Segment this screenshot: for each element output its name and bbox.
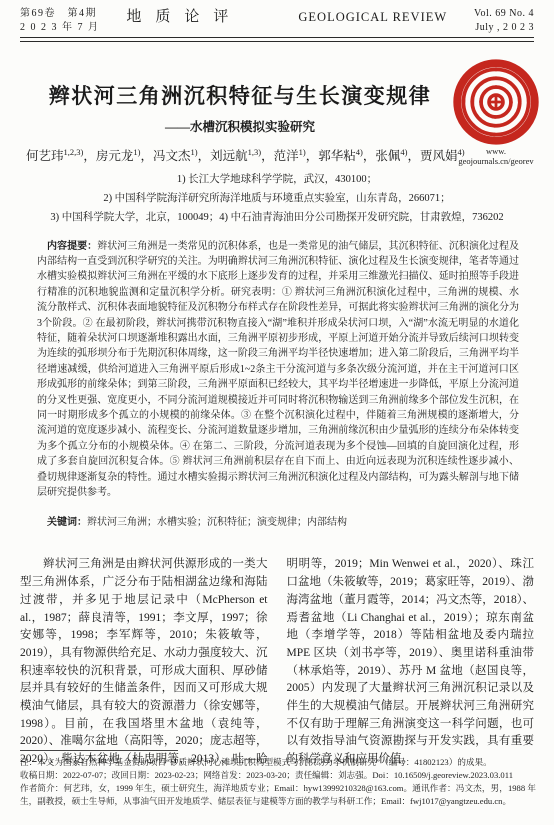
author-affiliation-sup: 1) bbox=[133, 146, 140, 156]
footnote: 注：本文为国家自然科学基金资助项目“砂质辫状河心滩坝沉积构型模式与沉积动力学机制… bbox=[20, 750, 536, 808]
abstract-section: 内容提要：辫状河三角洲是一类常见的沉积体系，也是一类常见的油气储层，其沉积特征、… bbox=[37, 239, 519, 501]
author-name: 何艺玮1,2,3) bbox=[26, 149, 83, 163]
journal-name-en: GEOLOGICAL REVIEW bbox=[298, 11, 447, 25]
left-column: 辫状河三角洲是由辫状河供源形成的一类大型三角洲体系，广泛分布于陆相湖盆边缘和海陆… bbox=[20, 556, 268, 770]
header-left: 第69卷 第4期 2 0 2 3 年 7 月 bbox=[20, 7, 100, 34]
footnote-dates-doi: 收稿日期：2022-07-07；改回日期：2023-02-23；网络首发：202… bbox=[20, 769, 536, 782]
affiliations: 1) 长江大学地球科学学院，武汉，430100； 2) 中国科学院海洋研究所海洋… bbox=[20, 170, 534, 227]
body-paragraph: 辫状河三角洲是由辫状河供源形成的一类大型三角洲体系，广泛分布于陆相湖盆边缘和海陆… bbox=[20, 556, 268, 770]
header-center: 地质论评 GEOLOGICAL REVIEW bbox=[126, 7, 447, 25]
keywords-line: 关键词：辫状河三角洲；水槽实验；沉积特征；演变规律；内部结构 bbox=[37, 513, 519, 528]
author-affiliation-sup: 1,3) bbox=[248, 146, 261, 156]
authors-line: 何艺玮1,2,3)，房元龙1)，冯文杰1)，刘远航1,3)，范洋1)，郭华粘4)… bbox=[26, 146, 454, 164]
paper-page: 第69卷 第4期 2 0 2 3 年 7 月 地质论评 GEOLOGICAL R… bbox=[0, 0, 554, 825]
date-cn: 2 0 2 3 年 7 月 bbox=[20, 21, 100, 35]
author-affiliation-sup: 1) bbox=[299, 146, 306, 156]
body-columns: 辫状河三角洲是由辫状河供源形成的一类大型三角洲体系，广泛分布于陆相湖盆边缘和海陆… bbox=[20, 556, 534, 770]
keywords-text: 辫状河三角洲；水槽实验；沉积特征；演变规律；内部结构 bbox=[87, 517, 347, 528]
journal-seal: www. geojournals.cn/georev bbox=[442, 58, 550, 166]
footnote-funding: 注：本文为国家自然科学基金资助项目“砂质辫状河心滩坝沉积构型模式与沉积动力学机制… bbox=[20, 756, 536, 769]
author-name: 郭华粘4) bbox=[318, 149, 363, 163]
seal-url-domain: geojournals.cn/georev bbox=[442, 157, 550, 167]
header-rule bbox=[20, 37, 534, 42]
author-affiliation-sup: 4) bbox=[356, 146, 363, 156]
author-name: 范洋1) bbox=[274, 149, 306, 163]
author-name: 房元龙1) bbox=[96, 149, 141, 163]
seal-url: www. geojournals.cn/georev bbox=[442, 147, 550, 166]
author-affiliation-sup: 1) bbox=[191, 146, 198, 156]
volume-issue-cn: 第69卷 第4期 bbox=[20, 7, 100, 21]
author-name: 张佩4) bbox=[375, 149, 407, 163]
volume-issue-en: Vol. 69 No. 4 bbox=[474, 7, 534, 21]
journal-name-cn: 地质论评 bbox=[126, 11, 242, 25]
article-title: 辫状河三角洲沉积特征与生长演变规律 bbox=[26, 80, 454, 110]
journal-header: 第69卷 第4期 2 0 2 3 年 7 月 地质论评 GEOLOGICAL R… bbox=[20, 7, 534, 34]
title-block: 辫状河三角洲沉积特征与生长演变规律 ——水槽沉积模拟实验研究 何艺玮1,2,3)… bbox=[26, 80, 454, 164]
abstract-label: 内容提要： bbox=[47, 241, 97, 252]
affiliation-line: 1) 长江大学地球科学学院，武汉，430100； bbox=[20, 170, 534, 189]
author-name: 刘远航1,3) bbox=[210, 149, 261, 163]
header-right: Vol. 69 No. 4 July , 2 0 2 3 bbox=[474, 7, 534, 34]
affiliation-line: 3) 中国科学院大学，北京，100049；4) 中石油青海油田分公司勘探开发研究… bbox=[20, 208, 534, 227]
affiliation-line: 2) 中国科学院海洋研究所海洋地质与环境重点实验室，山东青岛，266071； bbox=[20, 189, 534, 208]
footnote-separator bbox=[20, 750, 178, 751]
author-affiliation-sup: 4) bbox=[400, 146, 407, 156]
right-column: 明明等，2019；Min Wenwei et al.，2020）、珠江口盆地（朱… bbox=[287, 556, 535, 770]
seal-icon bbox=[452, 58, 540, 146]
author-affiliation-sup: 1,2,3) bbox=[64, 146, 84, 156]
author-name: 冯文杰1) bbox=[153, 149, 198, 163]
footnote-author-bio: 作者简介：何艺玮，女，1999 年生，硕士研究生，海洋地质专业；Email：hy… bbox=[20, 782, 536, 808]
body-paragraph: 明明等，2019；Min Wenwei et al.，2020）、珠江口盆地（朱… bbox=[287, 556, 535, 768]
date-en: July , 2 0 2 3 bbox=[474, 21, 534, 35]
keywords-label: 关键词： bbox=[47, 517, 87, 528]
article-subtitle: ——水槽沉积模拟实验研究 bbox=[26, 117, 454, 135]
abstract-text: 辫状河三角洲是一类常见的沉积体系，也是一类常见的油气储层，其沉积特征、沉积演化过… bbox=[37, 241, 519, 499]
